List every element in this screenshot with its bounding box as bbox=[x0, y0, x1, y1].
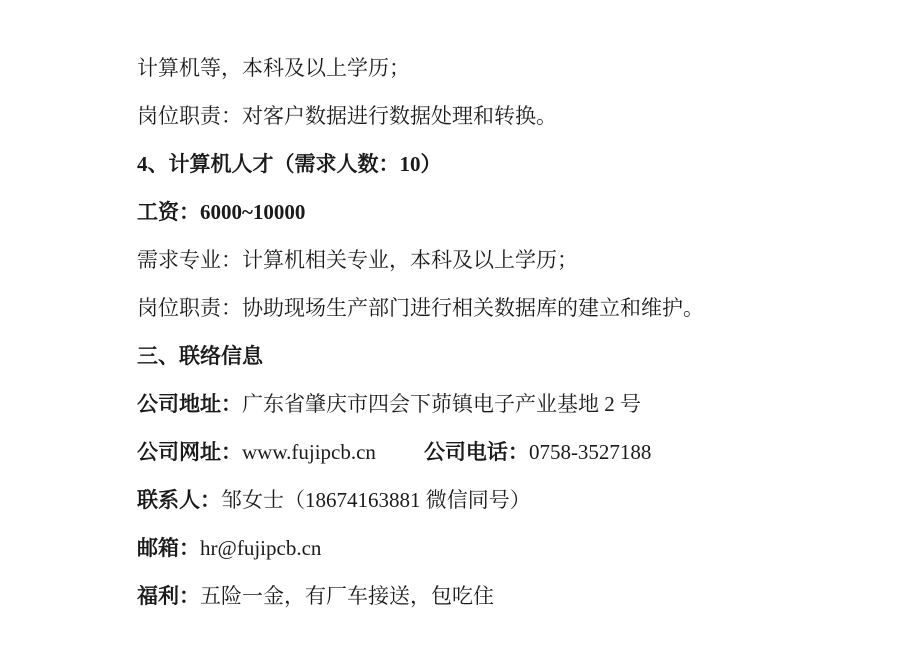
company-phone-label: 公司电话： bbox=[424, 440, 529, 464]
company-phone-value: 0758-3527188 bbox=[529, 440, 652, 464]
contact-person-line: 联系人：邹女士（18674163881 微信同号） bbox=[137, 489, 858, 511]
requirement-tail-line: 计算机等，本科及以上学历； bbox=[137, 57, 858, 79]
position-3-duty-line: 岗位职责：对客户数据进行数据处理和转换。 bbox=[137, 105, 858, 127]
company-address-line: 公司地址：广东省肇庆市四会下茆镇电子产业基地 2 号 bbox=[137, 393, 858, 415]
contact-person-label: 联系人： bbox=[137, 488, 221, 512]
benefits-line: 福利：五险一金，有厂车接送，包吃住 bbox=[137, 585, 858, 607]
company-website-value: www.fujipcb.cn bbox=[242, 440, 376, 464]
website-phone-line: 公司网址：www.fujipcb.cn公司电话：0758-3527188 bbox=[137, 441, 858, 463]
benefits-label: 福利： bbox=[137, 584, 200, 608]
company-website-label: 公司网址： bbox=[137, 440, 242, 464]
company-address-value: 广东省肇庆市四会下茆镇电子产业基地 2 号 bbox=[242, 392, 641, 416]
position-4-heading: 4、计算机人才（需求人数：10） bbox=[137, 153, 858, 175]
salary-line: 工资：6000~10000 bbox=[137, 201, 858, 223]
salary-value: 6000~10000 bbox=[200, 200, 305, 224]
email-label: 邮箱： bbox=[137, 536, 200, 560]
contact-person-value: 邹女士（18674163881 微信同号） bbox=[221, 488, 531, 512]
salary-label: 工资： bbox=[137, 200, 200, 224]
email-value: hr@fujipcb.cn bbox=[200, 536, 321, 560]
major-requirement-line: 需求专业：计算机相关专业，本科及以上学历； bbox=[137, 249, 858, 271]
benefits-value: 五险一金，有厂车接送，包吃住 bbox=[200, 584, 494, 608]
contact-section-heading: 三、联络信息 bbox=[137, 345, 858, 367]
email-line: 邮箱：hr@fujipcb.cn bbox=[137, 537, 858, 559]
requirement-tail-text: 计算机等，本科及以上学历； bbox=[137, 56, 410, 80]
position-4-duty-text: 岗位职责：协助现场生产部门进行相关数据库的建立和维护。 bbox=[137, 296, 704, 320]
position-4-duty-line: 岗位职责：协助现场生产部门进行相关数据库的建立和维护。 bbox=[137, 297, 858, 319]
position-3-duty-text: 岗位职责：对客户数据进行数据处理和转换。 bbox=[137, 104, 557, 128]
position-4-heading-text: 4、计算机人才（需求人数：10） bbox=[137, 152, 442, 176]
major-requirement-text: 需求专业：计算机相关专业，本科及以上学历； bbox=[137, 248, 578, 272]
company-address-label: 公司地址： bbox=[137, 392, 242, 416]
job-posting-document: 计算机等，本科及以上学历； 岗位职责：对客户数据进行数据处理和转换。 4、计算机… bbox=[0, 0, 898, 650]
contact-section-heading-text: 三、联络信息 bbox=[137, 344, 263, 368]
